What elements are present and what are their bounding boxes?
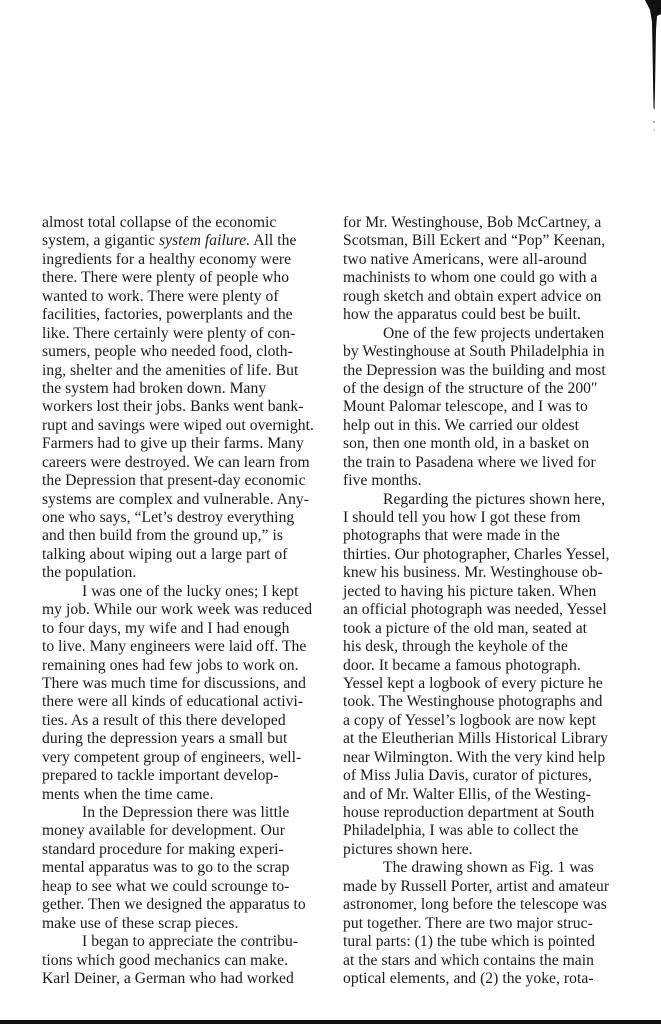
text-line: system, a gigantic system failure. All t… — [42, 232, 334, 250]
text-line: jected to having his picture taken. When — [343, 583, 643, 601]
text-line: prepared to tackle important develop- — [42, 767, 334, 785]
text-line: of Miss Julia Davis, curator of pictures… — [343, 767, 643, 785]
text-line: Scotsman, Bill Eckert and “Pop” Keenan, — [343, 232, 643, 250]
text-line: near Wilmington. With the very kind help — [343, 749, 643, 767]
document-page: almost total collapse of the economicsys… — [0, 0, 661, 1024]
text-line: the train to Pasadena where we lived for — [343, 454, 643, 472]
text-line: tural parts: (1) the tube which is point… — [343, 933, 643, 951]
paragraph-start-line: The drawing shown as Fig. 1 was — [343, 859, 643, 877]
text-line: put together. There are two major struc- — [343, 915, 643, 933]
text-line: thirties. Our photographer, Charles Yess… — [343, 546, 643, 564]
text-line: systems are complex and vulnerable. Any- — [42, 491, 334, 509]
text-line: standard procedure for making experi- — [42, 841, 334, 859]
text-line: took a picture of the old man, seated at — [343, 620, 643, 638]
text-line: knew his business. Mr. Westinghouse ob- — [343, 564, 643, 582]
text-line: I should tell you how I got these from — [343, 509, 643, 527]
italic-emphasis: system failure. — [159, 232, 250, 249]
text-line: There was much time for discussions, and — [42, 675, 334, 693]
text-line: house reproduction department at South — [343, 804, 643, 822]
text-line: Farmers had to give up their farms. Many — [42, 435, 334, 453]
text-line: by Westinghouse at South Philadelphia in — [343, 343, 643, 361]
text-line: facilities, factories, powerplants and t… — [42, 306, 334, 324]
bottom-rule — [0, 1020, 661, 1024]
text-line: Mount Palomar telescope, and I was to — [343, 398, 643, 416]
text-line: there. There were plenty of people who — [42, 269, 334, 287]
paragraph-start-line: Regarding the pictures shown here, — [343, 491, 643, 509]
text-line: two native Americans, were all-around — [343, 251, 643, 269]
text-line: at the Eleutherian Mills Historical Libr… — [343, 730, 643, 748]
paragraph-start-line: In the Depression there was little — [42, 804, 334, 822]
text-line: money available for development. Our — [42, 822, 334, 840]
text-line: heap to see what we could scrounge to- — [42, 878, 334, 896]
text-line: Yessel kept a logbook of every picture h… — [343, 675, 643, 693]
text-line: remaining ones had few jobs to work on. — [42, 657, 334, 675]
text-line: sumers, people who needed food, cloth- — [42, 343, 334, 361]
text-line: Philadelphia, I was able to collect the — [343, 822, 643, 840]
text-line: very competent group of engineers, well- — [42, 749, 334, 767]
text-line: five months. — [343, 472, 643, 490]
text-line: one who says, “Let’s destroy everything — [42, 509, 334, 527]
text-line: and of Mr. Walter Ellis, of the Westing- — [343, 786, 643, 804]
text-line: machinists to whom one could go with a — [343, 269, 643, 287]
text-line: Karl Deiner, a German who had worked — [42, 970, 334, 988]
text-line: how the apparatus could best be built. — [343, 306, 643, 324]
text-run: All the — [250, 232, 296, 249]
text-line: tions which good mechanics can make. — [42, 952, 334, 970]
text-line: made by Russell Porter, artist and amate… — [343, 878, 643, 896]
text-line: during the depression years a small but — [42, 730, 334, 748]
text-line: the population. — [42, 564, 334, 582]
text-line: help out in this. We carried our oldest — [343, 417, 643, 435]
text-line: make use of these scrap pieces. — [42, 915, 334, 933]
text-line: ties. As a result of this there develope… — [42, 712, 334, 730]
text-run: system, a gigantic — [42, 232, 159, 249]
text-line: and then build from the ground up,” is — [42, 527, 334, 545]
paragraph-start-line: I began to appreciate the contribu- — [42, 933, 334, 951]
text-line: mental apparatus was to go to the scrap — [42, 859, 334, 877]
text-line: the Depression was the building and most — [343, 362, 643, 380]
text-line: his desk, through the keyhole of the — [343, 638, 643, 656]
text-line: door. It became a famous photograph. — [343, 657, 643, 675]
text-line: the Depression that present-day economic — [42, 472, 334, 490]
text-line: almost total collapse of the economic — [42, 214, 334, 232]
text-line: son, then one month old, in a basket on — [343, 435, 643, 453]
text-line: ingredients for a healthy economy were — [42, 251, 334, 269]
text-line: ing, shelter and the amenities of life. … — [42, 362, 334, 380]
text-line: astronomer, long before the telescope wa… — [343, 896, 643, 914]
text-line: there were all kinds of educational acti… — [42, 693, 334, 711]
text-line: gether. Then we designed the apparatus t… — [42, 896, 334, 914]
text-line: ments when the time came. — [42, 786, 334, 804]
text-line: at the stars and which contains the main — [343, 952, 643, 970]
text-line: talking about wiping out a large part of — [42, 546, 334, 564]
text-line: pictures shown here. — [343, 841, 643, 859]
text-line: rupt and savings were wiped out overnigh… — [42, 417, 334, 435]
text-line: wanted to work. There were plenty of — [42, 288, 334, 306]
text-column-right: for Mr. Westinghouse, Bob McCartney, aSc… — [343, 214, 643, 988]
text-line: of the design of the structure of the 20… — [343, 380, 643, 398]
text-line: like. There certainly were plenty of con… — [42, 325, 334, 343]
text-line: photographs that were made in the — [343, 527, 643, 545]
text-line: my job. While our work week was reduced — [42, 601, 334, 619]
text-line: an official photograph was needed, Yesse… — [343, 601, 643, 619]
text-line: careers were destroyed. We can learn fro… — [42, 454, 334, 472]
paragraph-start-line: One of the few projects undertaken — [343, 325, 643, 343]
text-line: optical elements, and (2) the yoke, rota… — [343, 970, 643, 988]
text-line: workers lost their jobs. Banks went bank… — [42, 398, 334, 416]
paragraph-start-line: I was one of the lucky ones; I kept — [42, 583, 334, 601]
text-line: to four days, my wife and I had enough — [42, 620, 334, 638]
text-column-left: almost total collapse of the economicsys… — [42, 214, 334, 988]
page-edge-mark-icon — [641, 0, 661, 140]
text-line: to live. Many engineers were laid off. T… — [42, 638, 334, 656]
text-line: the system had broken down. Many — [42, 380, 334, 398]
text-line: for Mr. Westinghouse, Bob McCartney, a — [343, 214, 643, 232]
text-line: rough sketch and obtain expert advice on — [343, 288, 643, 306]
text-line: a copy of Yessel’s logbook are now kept — [343, 712, 643, 730]
text-line: took. The Westinghouse photographs and — [343, 693, 643, 711]
